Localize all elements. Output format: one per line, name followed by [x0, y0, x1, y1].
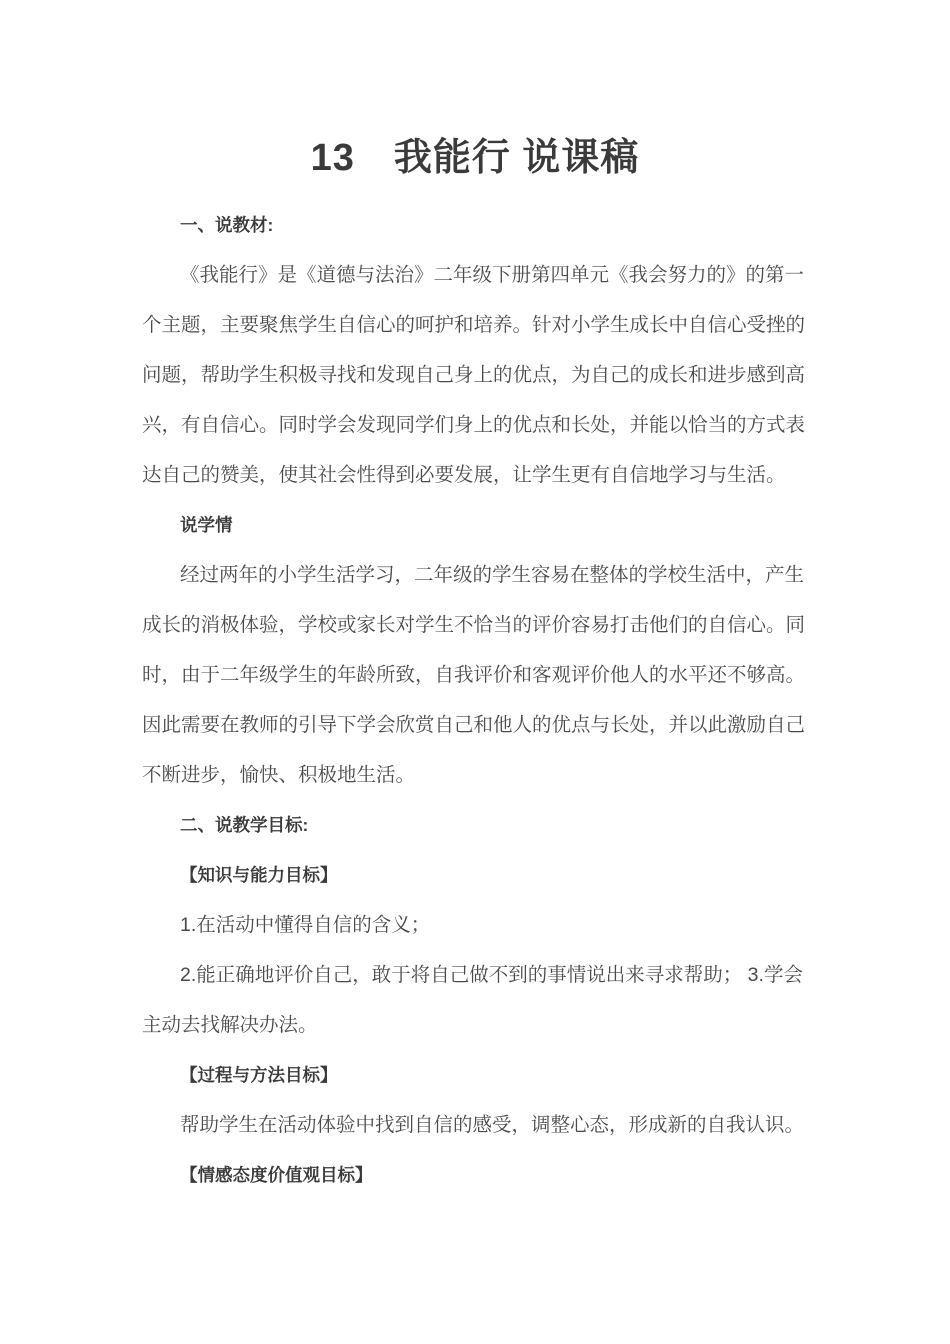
document-body: 一、说教材: 《我能行》是《道德与法治》二年级下册第四单元《我会努力的》的第一 … [142, 200, 812, 1200]
subsection-heading-guocheng-fangfa: 【过程与方法目标】 [142, 1050, 812, 1100]
section-heading-shuo-jiaocai: 一、说教材: [142, 200, 812, 250]
paragraph-line: 《我能行》是《道德与法治》二年级下册第四单元《我会努力的》的第一 [142, 250, 812, 300]
paragraph-line: 兴，有自信心。同时学会发现同学们身上的优点和长处，并能以恰当的方式表 [142, 400, 812, 450]
subsection-heading-zhishi-nengli: 【知识与能力目标】 [142, 850, 812, 900]
paragraph-line: 个主题，主要聚焦学生自信心的呵护和培养。针对小学生成长中自信心受挫的 [142, 300, 812, 350]
paragraph-line: 达自己的赞美，使其社会性得到必要发展，让学生更有自信地学习与生活。 [142, 450, 812, 500]
section-heading-shuo-jiaoxue-mubiao: 二、说教学目标: [142, 800, 812, 850]
section-heading-shuo-xueqing: 说学情 [142, 500, 812, 550]
paragraph-line: 时，由于二年级学生的年龄所致，自我评价和客观评价他人的水平还不够高。 [142, 650, 812, 700]
paragraph-line: 经过两年的小学生活学习，二年级的学生容易在整体的学校生活中，产生 [142, 550, 812, 600]
paragraph-line: 不断进步，愉快、积极地生活。 [142, 750, 812, 800]
subsection-heading-qinggan-taidu: 【情感态度价值观目标】 [142, 1150, 812, 1200]
paragraph-line: 2.能正确地评价自己，敢于将自己做不到的事情说出来寻求帮助； 3.学会 [142, 950, 812, 1000]
document-page: 13 我能行 说课稿 一、说教材: 《我能行》是《道德与法治》二年级下册第四单元… [0, 0, 950, 1344]
paragraph-line: 主动去找解决办法。 [142, 1000, 812, 1050]
paragraph-line: 1.在活动中懂得自信的含义； [142, 900, 812, 950]
paragraph-line: 成长的消极体验，学校或家长对学生不恰当的评价容易打击他们的自信心。同 [142, 600, 812, 650]
paragraph-line: 问题，帮助学生积极寻找和发现自己身上的优点，为自己的成长和进步感到高 [142, 350, 812, 400]
paragraph-line: 因此需要在教师的引导下学会欣赏自己和他人的优点与长处，并以此激励自己 [142, 700, 812, 750]
paragraph-line: 帮助学生在活动体验中找到自信的感受，调整心态，形成新的自我认识。 [142, 1100, 812, 1150]
document-title: 13 我能行 说课稿 [0, 132, 950, 184]
